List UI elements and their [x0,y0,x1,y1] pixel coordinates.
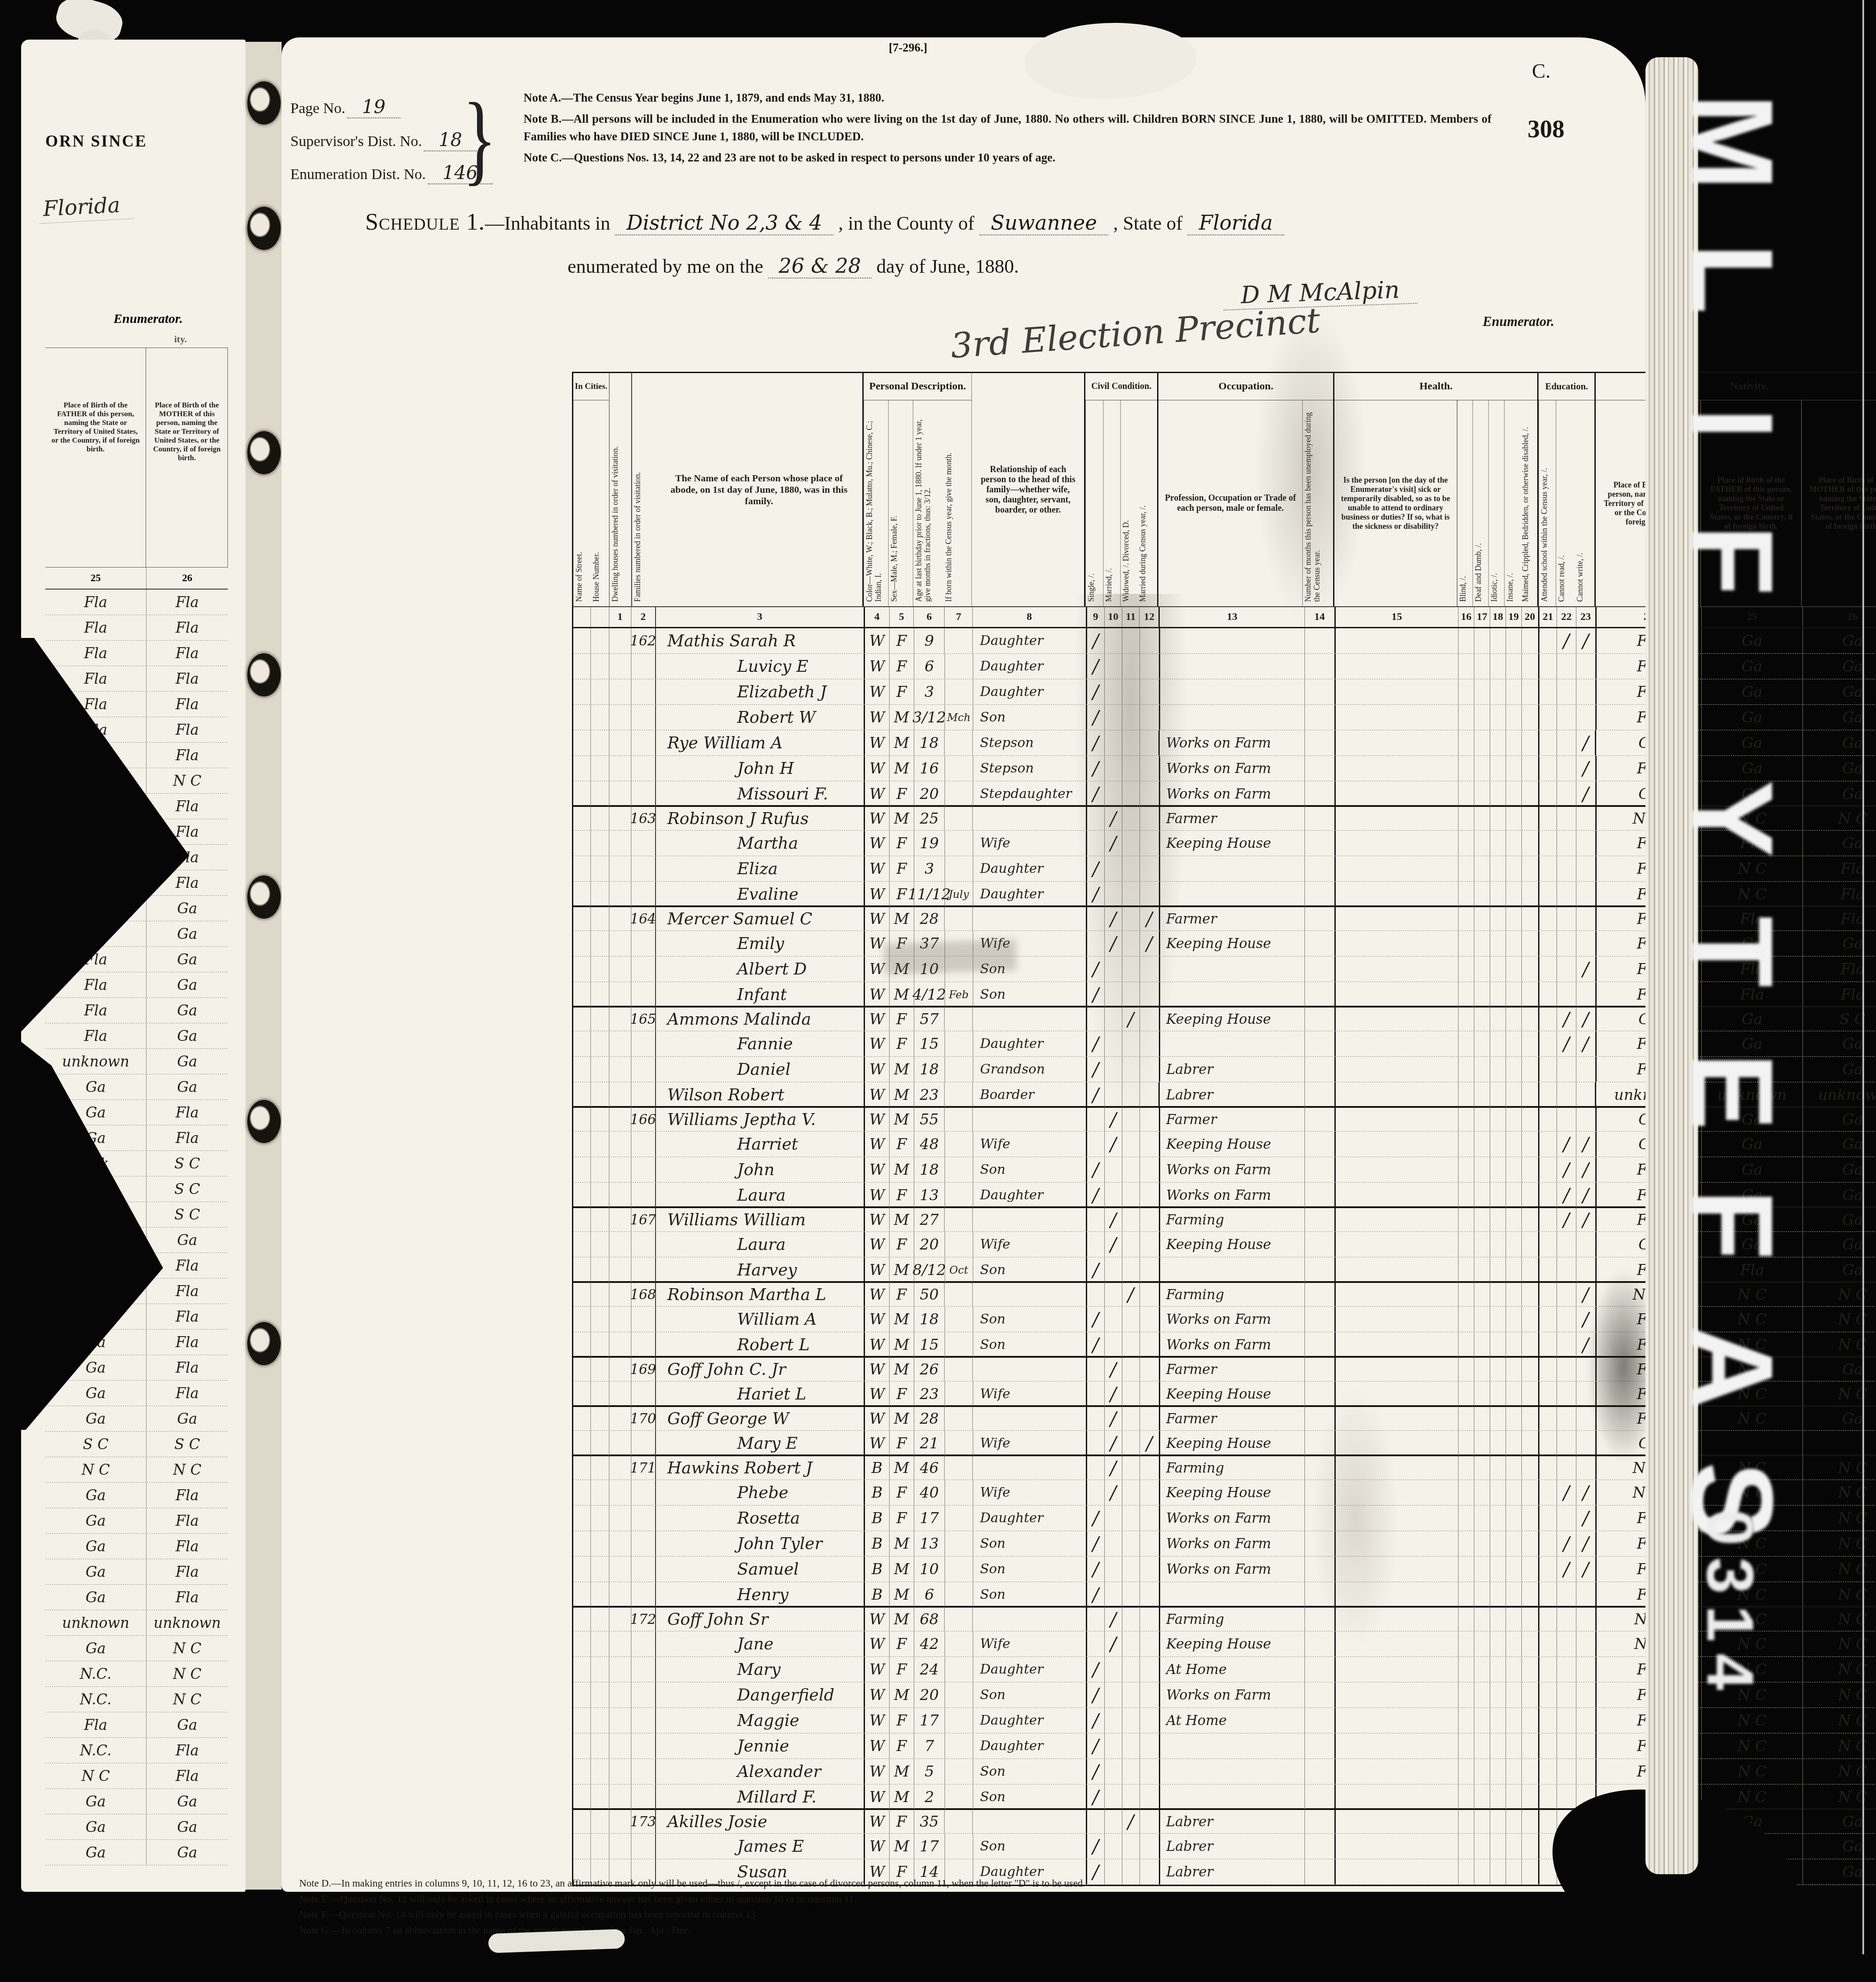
house-cell [591,831,609,856]
deaf-dumb-col-header: Deaf and Dumb, /. [1473,400,1488,606]
family-no-cell [631,1733,656,1759]
person-name-cell: Dangerfield [656,1682,865,1707]
dwelling-no-cell [609,1682,631,1707]
mother-birthplace-cell: N C [1803,1480,1876,1505]
dwelling-no-cell [609,1381,631,1407]
occupation-cell: Works on Farm [1160,1332,1305,1357]
occupation-cell: Farmer [1160,1358,1305,1381]
birth-month-cell [945,1358,973,1381]
color-cell: W [865,856,890,881]
mother-birthplace-cell: Ga [1803,679,1876,704]
cannot-write-cell: / [1576,956,1597,982]
mother-birthplace-value: Fla [147,1355,228,1380]
attended-school-cell [1539,807,1557,830]
house-cell [591,882,609,907]
dwelling-no-cell [609,1480,631,1505]
sickness-cell [1336,1007,1458,1031]
sex-cell: F [890,1657,914,1682]
street-cell [573,1480,591,1505]
married-mark-cell [1105,1157,1122,1182]
family-no-cell [631,1784,656,1810]
deaf-dumb-cell [1474,1007,1490,1031]
age-cell: 13 [914,1183,945,1208]
binder-ring [247,207,281,250]
age-cell: 40 [914,1480,945,1505]
color-cell: W [865,628,890,653]
dwelling-no-cell [609,1407,631,1430]
cannot-read-cell: / [1557,1157,1576,1182]
deaf-dumb-cell [1474,1733,1490,1759]
married-mark-cell [1105,1307,1122,1332]
family-no-cell [631,856,656,881]
dwelling-no-cell [609,1132,631,1157]
widowed-mark-cell [1122,1257,1140,1282]
widowed-mark-cell [1122,1183,1140,1208]
mother-birthplace-cell: Ga [1803,654,1876,679]
attended-school-cell [1539,856,1557,881]
idiotic-cell [1490,1057,1506,1082]
person-name-cell: Infant [656,982,865,1007]
mother-birthplace-cell: Ga [1803,1810,1876,1833]
birth-month-cell [945,1582,973,1607]
deaf-dumb-cell [1474,1208,1490,1231]
sickness-cell [1336,654,1458,679]
relationship-cell: Son [973,1531,1087,1556]
street-cell [573,1506,591,1531]
deaf-dumb-cell [1474,1531,1490,1556]
mother-birthplace-cell: Ga [1803,1407,1876,1430]
deaf-dumb-cell [1474,1431,1490,1456]
relationship-cell: Daughter [973,1183,1087,1208]
disabled-cell [1522,1283,1539,1306]
sickness-cell [1336,1283,1458,1306]
color-cell: W [865,1232,890,1257]
idiotic-cell [1490,1759,1506,1784]
married-mark-cell [1105,1183,1122,1208]
house-cell [591,1381,609,1407]
married-mark-cell [1105,1784,1122,1810]
married-in-year-mark-cell [1140,1608,1160,1631]
mother-birthplace-cell: Ga [1803,1257,1876,1282]
married-mark-cell [1105,1557,1122,1582]
dwelling-no-cell [609,1057,631,1082]
sickness-cell [1336,1108,1458,1131]
relationship-cell [973,1810,1087,1833]
cannot-write-cell: / [1576,756,1597,781]
idiotic-cell [1490,1431,1506,1456]
cannot-read-cell: / [1557,1007,1576,1031]
person-name-cell: John Tyler [656,1531,865,1556]
relationship-cell: Daughter [973,1708,1087,1733]
attended-school-cell [1539,1759,1557,1784]
blind-cell [1458,1307,1474,1332]
age-cell: 16 [914,756,945,781]
attended-school-cell [1539,1708,1557,1733]
relationship-cell: Daughter [973,856,1087,881]
color-cell: W [865,1708,890,1733]
single-mark-cell: / [1087,1332,1105,1357]
age-cell: 27 [914,1208,945,1231]
sex-cell: M [890,1557,914,1582]
birth-month-cell [945,807,973,830]
disabled-cell [1522,882,1539,907]
attended-school-cell [1539,1381,1557,1407]
attended-school-cell [1539,1657,1557,1682]
months-unemployed-cell [1305,1708,1336,1733]
dwelling-no-cell [609,882,631,907]
mother-birthplace-cell: N C [1803,1506,1876,1531]
widowed-col-header: Widowed, /. Divorced, D. [1120,400,1137,606]
mother-birthplace-cell: Fla [1803,982,1876,1007]
occupation-cell: Labrer [1160,1834,1305,1859]
family-no-cell: 164 [631,907,656,931]
safety-film-letter: T [1665,916,1799,987]
idiotic-cell [1490,1582,1506,1607]
attended-school-cell [1539,1480,1557,1505]
widowed-mark-cell [1122,1232,1140,1257]
relationship-cell: Stepson [973,756,1087,781]
sex-cell: F [890,1283,914,1306]
widowed-mark-cell [1122,1456,1140,1480]
color-cell: W [865,654,890,679]
street-cell [573,1007,591,1031]
disabled-cell [1522,907,1539,931]
mother-birthplace-cell: N C [1803,1381,1876,1407]
sickness-cell [1336,807,1458,830]
color-cell: W [865,1307,890,1332]
note-f: Note F.—Question No. 14 will only be ask… [299,1907,1329,1923]
relationship-cell: Son [973,705,1087,730]
cannot-read-cell [1557,1358,1576,1381]
widowed-mark-cell [1122,1157,1140,1182]
person-name-cell: Daniel [656,1057,865,1082]
color-cell: W [865,831,890,856]
dwelling-no-cell [609,781,631,806]
birth-month-cell: Oct [945,1257,973,1282]
father-birthplace-value: Fla [45,615,147,640]
single-mark-cell [1087,1208,1105,1231]
relationship-col-header: Relationship of each person to the head … [972,373,1085,606]
schedule-label: Schedule 1. [365,209,485,235]
insane-cell [1506,1283,1522,1306]
house-col-header: House Number. [591,400,609,606]
sickness-cell [1336,1332,1458,1357]
dwelling-no-cell [609,931,631,956]
house-cell [591,1082,609,1107]
idiotic-cell [1490,1682,1506,1707]
married-in-year-mark-cell [1140,1582,1160,1607]
cannot-read-cell [1557,831,1576,856]
birth-month-cell [945,1784,973,1810]
left-page-row: Ga Fla [45,1483,228,1508]
dwelling-no-cell [609,1082,631,1107]
birth-month-cell [945,1456,973,1480]
deaf-dumb-cell [1474,907,1490,931]
father-birthplace-value: Ga [45,1534,147,1559]
widowed-mark-cell [1122,1784,1140,1810]
father-birthplace-value: Ga [45,1585,147,1610]
house-cell [591,956,609,982]
idiotic-cell [1490,1283,1506,1306]
relationship-cell [973,1108,1087,1131]
idiotic-cell [1490,1031,1506,1056]
street-cell [573,1834,591,1859]
blind-cell [1458,1834,1474,1859]
age-cell: 13 [914,1531,945,1556]
safety-film-letter: E [1665,1053,1799,1123]
mother-birthplace-cell: Fla [1803,856,1876,881]
sex-cell: M [890,1057,914,1082]
corner-letter-stamp: C. [1532,59,1550,83]
disabled-cell [1522,1759,1539,1784]
sickness-cell [1336,1257,1458,1282]
father-birthplace-cell: Ga [1702,756,1803,781]
mother-birthplace-cell: Fla [1803,907,1876,931]
attended-school-cell [1539,1810,1557,1833]
cannot-write-cell [1576,931,1597,956]
relationship-cell [973,807,1087,830]
left-page-row: Ga Fla [45,1559,228,1585]
color-cell: W [865,1834,890,1859]
house-cell [591,1582,609,1607]
sex-cell: M [890,1456,914,1480]
age-cell: 23 [914,1082,945,1107]
cannot-write-cell [1576,1631,1597,1656]
idiotic-cell [1490,1183,1506,1208]
house-cell [591,1557,609,1582]
insane-cell [1506,1332,1522,1357]
relationship-cell: Son [973,1834,1087,1859]
left-page-state-handwriting: Florida [38,192,134,223]
married-mark-cell [1105,1682,1122,1707]
mother-birthplace-cell: Ga [1803,1183,1876,1208]
sex-cell: M [890,1784,914,1810]
blind-cell [1458,831,1474,856]
blind-cell [1458,1733,1474,1759]
sex-cell: M [890,1082,914,1107]
married-mark-cell [1105,1582,1122,1607]
age-cell: 57 [914,1007,945,1031]
mother-birthplace-cell: N C [1803,1608,1876,1631]
person-name-cell: Laura [656,1183,865,1208]
family-no-cell [631,1031,656,1056]
street-cell [573,1208,591,1231]
cannot-write-cell [1576,1608,1597,1631]
age-cell: 3 [914,856,945,881]
single-mark-cell: / [1087,1733,1105,1759]
disabled-cell [1522,1208,1539,1231]
page-no-value: 19 [347,96,400,118]
street-cell [573,882,591,907]
house-cell [591,1183,609,1208]
father-birthplace-cell: N C [1702,882,1803,907]
attended-school-cell [1539,781,1557,806]
months-unemployed-cell [1305,1208,1336,1231]
house-cell [591,1708,609,1733]
street-cell [573,956,591,982]
months-unemployed-cell [1305,679,1336,704]
sickness-cell [1336,1810,1458,1833]
single-mark-cell [1087,1358,1105,1381]
street-cell [573,1531,591,1556]
relationship-cell: Wife [973,1480,1087,1505]
color-cell: W [865,807,890,830]
house-cell [591,1031,609,1056]
cannot-read-cell [1557,1407,1576,1430]
sex-cell: M [890,1834,914,1859]
idiotic-cell [1490,807,1506,830]
attended-school-cell [1539,1358,1557,1381]
person-name-cell: Samuel [656,1557,865,1582]
relationship-cell [973,1608,1087,1631]
father-birthplace-value: Ga [45,1483,147,1508]
dwelling-no-cell [609,679,631,704]
occupation-cell: Keeping House [1160,1631,1305,1656]
person-name-cell: Luvicy E [656,654,865,679]
age-cell: 20 [914,1682,945,1707]
idiotic-cell [1490,1834,1506,1859]
deaf-dumb-cell [1474,1708,1490,1733]
blind-cell [1458,1208,1474,1231]
cannot-read-cell: / [1557,1183,1576,1208]
color-cell: W [865,1759,890,1784]
mother-birthplace-value: Fla [147,1585,228,1610]
street-cell [573,831,591,856]
age-col-header: Age at last birthday prior to June 1, 18… [913,400,944,606]
house-cell [591,1007,609,1031]
widowed-mark-cell [1122,1657,1140,1682]
dwelling-no-cell [609,730,631,755]
cannot-write-cell: / [1576,1208,1597,1231]
blind-cell [1458,1232,1474,1257]
house-cell [591,1506,609,1531]
disabled-cell [1522,1183,1539,1208]
age-cell: 46 [914,1456,945,1480]
mother-birthplace-value: Fla [147,1279,228,1304]
cannot-read-cell [1557,705,1576,730]
sickness-cell [1336,756,1458,781]
binder-ring [247,653,281,696]
person-name-cell: Alexander [656,1759,865,1784]
sex-cell: M [890,1531,914,1556]
color-cell: B [865,1531,890,1556]
insane-cell [1506,1082,1522,1107]
left-page-row: N.C. Fla [45,1738,228,1763]
dwelling-no-cell [609,1183,631,1208]
cannot-read-cell [1557,1657,1576,1682]
house-cell [591,1456,609,1480]
family-no-cell: 170 [631,1407,656,1430]
attended-school-cell [1539,1157,1557,1182]
attended-school-cell [1539,1332,1557,1357]
relationship-cell: Daughter [973,628,1087,653]
sex-cell: M [890,907,914,931]
person-name-cell: Akilles Josie [656,1810,865,1833]
left-page-row: Fla Ga [45,1712,228,1738]
house-cell [591,730,609,755]
color-cell: W [865,1082,890,1107]
age-cell: 7 [914,1733,945,1759]
mother-birthplace-cell: N C [1803,1657,1876,1682]
father-birthplace-value: N.C. [45,1738,147,1763]
relationship-cell: Wife [973,1132,1087,1157]
disabled-cell [1522,1031,1539,1056]
idiotic-cell [1490,1157,1506,1182]
blind-cell [1458,654,1474,679]
family-no-cell: 163 [631,807,656,830]
binding-strip [245,42,282,1890]
person-name-cell: Robert W [656,705,865,730]
person-name-cell: Mercer Samuel C [656,907,865,931]
sex-cell: F [890,1631,914,1656]
relationship-cell: Son [973,1759,1087,1784]
dwelling-no-cell [609,1031,631,1056]
married-in-year-mark-cell [1140,1834,1160,1859]
person-name-cell: Maggie [656,1708,865,1733]
married-in-year-mark-cell [1140,1307,1160,1332]
deaf-dumb-cell [1474,1358,1490,1381]
cannot-write-cell: / [1576,1557,1597,1582]
note-c: Note C.—Questions Nos. 13, 14, 22 and 23… [524,149,1491,167]
married-in-year-mark-cell [1140,1810,1160,1833]
mother-birthplace-value: Fla [147,1125,228,1150]
color-cell: W [865,907,890,931]
blind-cell [1458,1031,1474,1056]
family-no-cell [631,679,656,704]
left-page-column-headers: Place of Birth of the FATHER of this per… [45,348,228,568]
cannot-read-cell [1557,1733,1576,1759]
cannot-read-cell [1557,956,1576,982]
insane-cell [1506,1608,1522,1631]
insane-cell [1506,730,1522,755]
father-birthplace-value: Ga [45,1636,147,1661]
months-unemployed-cell [1305,1784,1336,1810]
family-no-cell [631,1708,656,1733]
deaf-dumb-cell [1474,1082,1490,1107]
family-no-cell: 167 [631,1208,656,1231]
age-cell: 18 [914,1157,945,1182]
mother-birthplace-cell: N C [1803,1708,1876,1733]
idiotic-cell [1490,730,1506,755]
person-name-cell: Eliza [656,856,865,881]
insane-cell [1506,679,1522,704]
occupation-cell: Works on Farm [1160,1531,1305,1556]
insane-cell [1506,1431,1522,1456]
married-mark-cell [1105,1332,1122,1357]
mother-birthplace-value: Fla [147,641,228,666]
relationship-cell [973,1007,1087,1031]
months-unemployed-cell [1305,1810,1336,1833]
relationship-cell: Son [973,1257,1087,1282]
mother-birthplace-value: N C [147,1457,228,1482]
months-unemployed-cell [1305,1307,1336,1332]
mother-birthplace-value: Fla [147,1381,228,1406]
birth-month-cell [945,1657,973,1682]
age-cell: 3/12 [914,705,945,730]
mother-birthplace-value: Ga [147,1227,228,1253]
family-no-cell: 173 [631,1810,656,1833]
attended-school-cell [1539,1733,1557,1759]
disabled-cell [1522,1631,1539,1656]
dwelling-no-cell [609,756,631,781]
person-name-cell: William A [656,1307,865,1332]
sex-cell: M [890,756,914,781]
idiotic-cell [1490,1608,1506,1631]
street-cell [573,807,591,830]
left-page-row: Fla Ga [45,1023,228,1049]
street-cell [573,1608,591,1631]
age-cell: 9 [914,628,945,653]
